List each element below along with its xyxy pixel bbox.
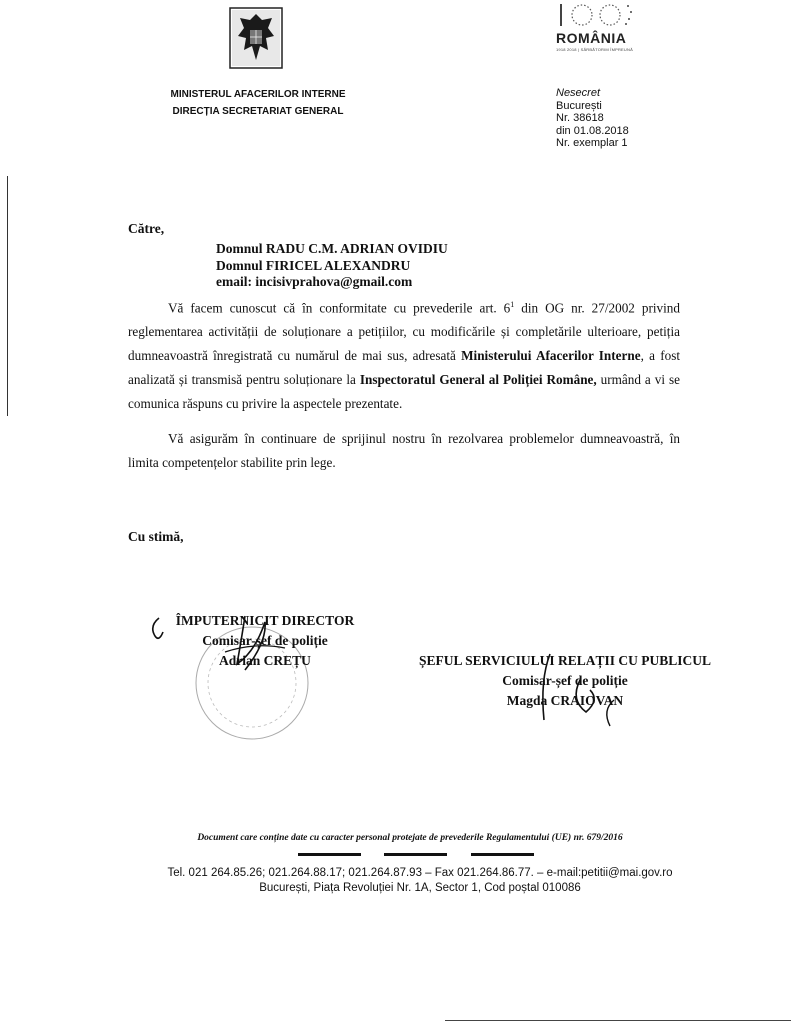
p1-text-a: Vă facem cunoscut că în conformitate cu … [168,300,510,315]
city: București [556,100,629,113]
centenary-title: ROMÂNIA [556,30,626,46]
ministry-name: MINISTERUL AFACERILOR INTERNE [148,86,368,103]
p1-igpr-bold: Inspectoratul General al Poliției Române… [360,372,597,387]
scan-edge-line [7,176,8,416]
scan-edge-line [445,1020,791,1021]
directorate-name: DIRECȚIA SECRETARIAT GENERAL [148,103,368,120]
body-paragraph-2: Vă asigurăm în continuare de sprijinul n… [128,427,680,475]
registration-number: Nr. 38618 [556,112,629,125]
recipient-email: email: incisivprahova@gmail.com [216,274,448,291]
gdpr-notice: Document care conține date cu caracter p… [130,833,690,843]
p1-ministry-bold: Ministerului Afacerilor Interne [461,348,640,363]
handwritten-signature-left-icon [145,612,385,682]
footer-phones: Tel. 021 264.85.26; 021.264.88.17; 021.2… [140,866,700,881]
document-date: din 01.08.2018 [556,125,629,138]
footer-rule [384,853,447,856]
footer-contact: Tel. 021 264.85.26; 021.264.88.17; 021.2… [140,866,700,896]
coat-of-arms-icon [228,6,284,70]
body-paragraph-1: Vă facem cunoscut că în conformitate cu … [128,293,680,416]
to-label: Către, [128,221,164,237]
recipient-1: Domnul RADU C.M. ADRIAN OVIDIU [216,241,448,258]
closing: Cu stimă, [128,529,184,545]
recipient-block: Domnul RADU C.M. ADRIAN OVIDIU Domnul FI… [216,241,448,291]
ministry-header: MINISTERUL AFACERILOR INTERNE DIRECȚIA S… [148,86,368,120]
classification: Nesecret [556,87,629,100]
recipient-2: Domnul FIRICEL ALEXANDRU [216,258,448,275]
footer-address: București, Piața Revoluției Nr. 1A, Sect… [140,881,700,896]
copy-number: Nr. exemplar 1 [556,137,629,150]
footer-rule [471,853,534,856]
footer-rule [298,853,361,856]
document-meta: Nesecret București Nr. 38618 din 01.08.2… [556,87,629,150]
handwritten-signature-right-icon [530,640,640,730]
centenary-subtitle: 1918 2018 | SĂRBĂTORIM ÎMPREUNĂ [556,47,633,52]
